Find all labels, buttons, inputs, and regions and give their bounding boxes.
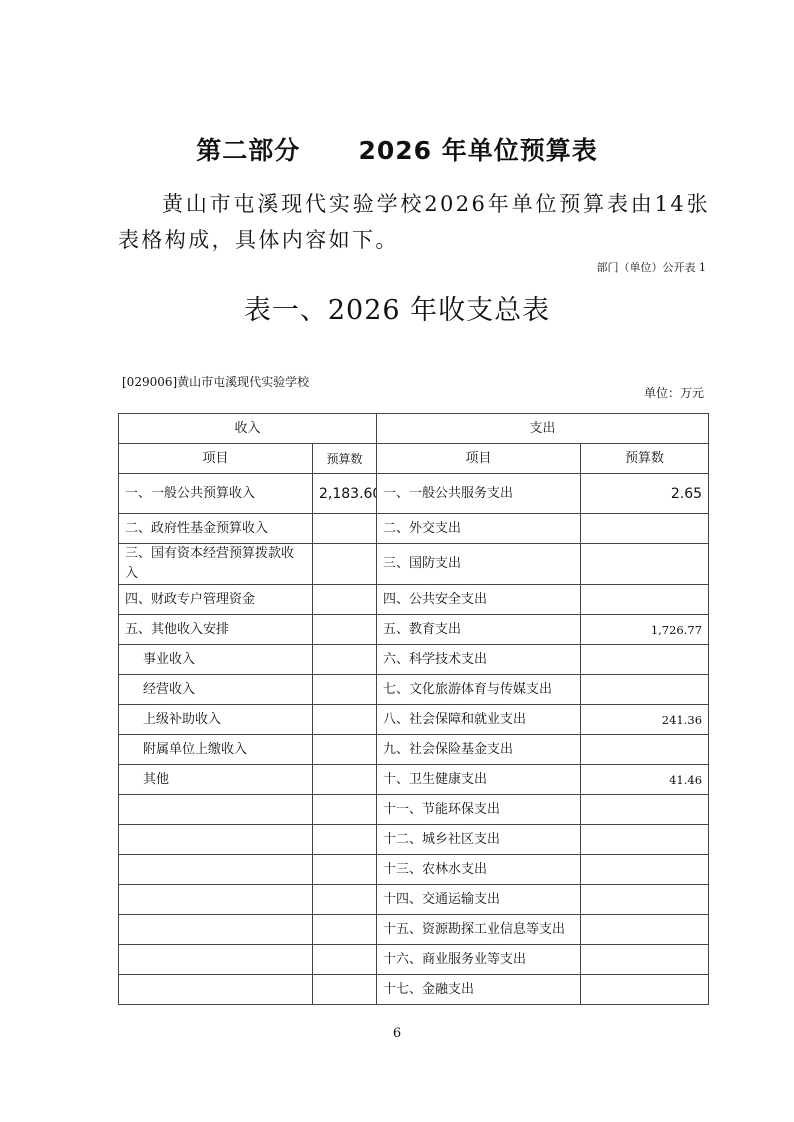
expense-amount-cell: 2.65: [581, 474, 709, 514]
expense-item-cell: 一、一般公共服务支出: [377, 474, 581, 514]
income-amount-cell: [313, 975, 377, 1005]
income-item-cell: [119, 795, 313, 825]
income-amount-cell: [313, 705, 377, 735]
income-amount-cell: [313, 514, 377, 544]
table-row: 十五、资源勘探工业信息等支出: [119, 915, 709, 945]
table-row: 十二、城乡社区支出: [119, 825, 709, 855]
income-group-header: 收入: [119, 414, 377, 444]
expense-amount-cell: [581, 795, 709, 825]
expense-item-cell: 十二、城乡社区支出: [377, 825, 581, 855]
income-amount-cell: [313, 795, 377, 825]
expense-item-cell: 九、社会保险基金支出: [377, 735, 581, 765]
expense-amount-cell: 1,726.77: [581, 615, 709, 645]
income-amount-cell: [313, 915, 377, 945]
expense-amount-cell: [581, 915, 709, 945]
income-amount-header: 预算数: [313, 444, 377, 474]
income-item-cell: 二、政府性基金预算收入: [119, 514, 313, 544]
expense-item-cell: 三、国防支出: [377, 544, 581, 585]
table-row: 上级补助收入八、社会保障和就业支出241.36: [119, 705, 709, 735]
page-number: 6: [0, 1026, 794, 1041]
expense-amount-cell: [581, 855, 709, 885]
expense-amount-cell: [581, 544, 709, 585]
expense-item-cell: 十六、商业服务业等支出: [377, 945, 581, 975]
expense-item-cell: 二、外交支出: [377, 514, 581, 544]
expense-amount-cell: 241.36: [581, 705, 709, 735]
income-item-cell: 其他: [119, 765, 313, 795]
income-amount-cell: [313, 645, 377, 675]
intro-paragraph: 黄山市屯溪现代实验学校2026年单位预算表由14张表格构成，具体内容如下。: [118, 186, 710, 258]
expense-amount-cell: [581, 825, 709, 855]
expense-item-cell: 五、教育支出: [377, 615, 581, 645]
expense-group-header: 支出: [377, 414, 709, 444]
table-row: 事业收入六、科学技术支出: [119, 645, 709, 675]
unit-label: 单位：万元: [644, 384, 704, 401]
expense-item-cell: 十一、节能环保支出: [377, 795, 581, 825]
income-item-cell: [119, 975, 313, 1005]
income-amount-cell: [313, 855, 377, 885]
expense-amount-cell: [581, 585, 709, 615]
income-item-cell: 附属单位上缴收入: [119, 735, 313, 765]
expense-amount-cell: [581, 645, 709, 675]
expense-amount-cell: [581, 675, 709, 705]
income-item-header: 项目: [119, 444, 313, 474]
income-item-cell: 事业收入: [119, 645, 313, 675]
unit-name: [029006]黄山市屯溪现代实验学校: [122, 372, 322, 392]
income-amount-cell: [313, 585, 377, 615]
expense-amount-header: 预算数: [581, 444, 709, 474]
income-expense-table: 收入 支出 项目 预算数 项目 预算数 一、一般公共预算收入2,183.60一、…: [118, 413, 709, 1005]
expense-amount-cell: 41.46: [581, 765, 709, 795]
expense-item-cell: 七、文化旅游体育与传媒支出: [377, 675, 581, 705]
income-item-cell: 一、一般公共预算收入: [119, 474, 313, 514]
income-item-cell: 经营收入: [119, 675, 313, 705]
expense-item-cell: 八、社会保障和就业支出: [377, 705, 581, 735]
expense-item-cell: 十、卫生健康支出: [377, 765, 581, 795]
income-amount-cell: 2,183.60: [313, 474, 377, 514]
income-item-cell: [119, 825, 313, 855]
income-item-cell: 上级补助收入: [119, 705, 313, 735]
income-amount-cell: [313, 885, 377, 915]
income-amount-cell: [313, 945, 377, 975]
table-row: 经营收入七、文化旅游体育与传媒支出: [119, 675, 709, 705]
expense-item-header: 项目: [377, 444, 581, 474]
income-amount-cell: [313, 825, 377, 855]
expense-amount-cell: [581, 514, 709, 544]
expense-amount-cell: [581, 885, 709, 915]
income-amount-cell: [313, 615, 377, 645]
income-item-cell: [119, 915, 313, 945]
table-row: 十七、金融支出: [119, 975, 709, 1005]
expense-amount-cell: [581, 945, 709, 975]
table-row: 二、政府性基金预算收入二、外交支出: [119, 514, 709, 544]
table-row: 十一、节能环保支出: [119, 795, 709, 825]
part-title: 第二部分 2026 年单位预算表: [0, 131, 794, 167]
column-header-row: 项目 预算数 项目 预算数: [119, 444, 709, 474]
income-amount-cell: [313, 735, 377, 765]
expense-amount-cell: [581, 975, 709, 1005]
income-item-cell: [119, 885, 313, 915]
income-item-cell: 四、财政专户管理资金: [119, 585, 313, 615]
table-row: 十三、农林水支出: [119, 855, 709, 885]
table-row: 一、一般公共预算收入2,183.60一、一般公共服务支出2.65: [119, 474, 709, 514]
expense-item-cell: 十五、资源勘探工业信息等支出: [377, 915, 581, 945]
income-item-cell: [119, 945, 313, 975]
expense-item-cell: 六、科学技术支出: [377, 645, 581, 675]
income-item-cell: 三、国有资本经营预算拨款收入: [119, 544, 313, 585]
table-row: 五、其他收入安排五、教育支出1,726.77: [119, 615, 709, 645]
form-code: 部门（单位）公开表 1: [597, 259, 707, 275]
group-header-row: 收入 支出: [119, 414, 709, 444]
table-row: 其他十、卫生健康支出41.46: [119, 765, 709, 795]
income-item-cell: [119, 855, 313, 885]
expense-item-cell: 十四、交通运输支出: [377, 885, 581, 915]
income-amount-cell: [313, 765, 377, 795]
expense-item-cell: 四、公共安全支出: [377, 585, 581, 615]
table-row: 附属单位上缴收入九、社会保险基金支出: [119, 735, 709, 765]
income-amount-cell: [313, 544, 377, 585]
expense-item-cell: 十三、农林水支出: [377, 855, 581, 885]
table-row: 十四、交通运输支出: [119, 885, 709, 915]
income-item-cell: 五、其他收入安排: [119, 615, 313, 645]
income-amount-cell: [313, 675, 377, 705]
table-row: 四、财政专户管理资金四、公共安全支出: [119, 585, 709, 615]
expense-amount-cell: [581, 735, 709, 765]
table-title: 表一、2026 年收支总表: [0, 288, 794, 327]
expense-item-cell: 十七、金融支出: [377, 975, 581, 1005]
table-row: 十六、商业服务业等支出: [119, 945, 709, 975]
table-row: 三、国有资本经营预算拨款收入三、国防支出: [119, 544, 709, 585]
